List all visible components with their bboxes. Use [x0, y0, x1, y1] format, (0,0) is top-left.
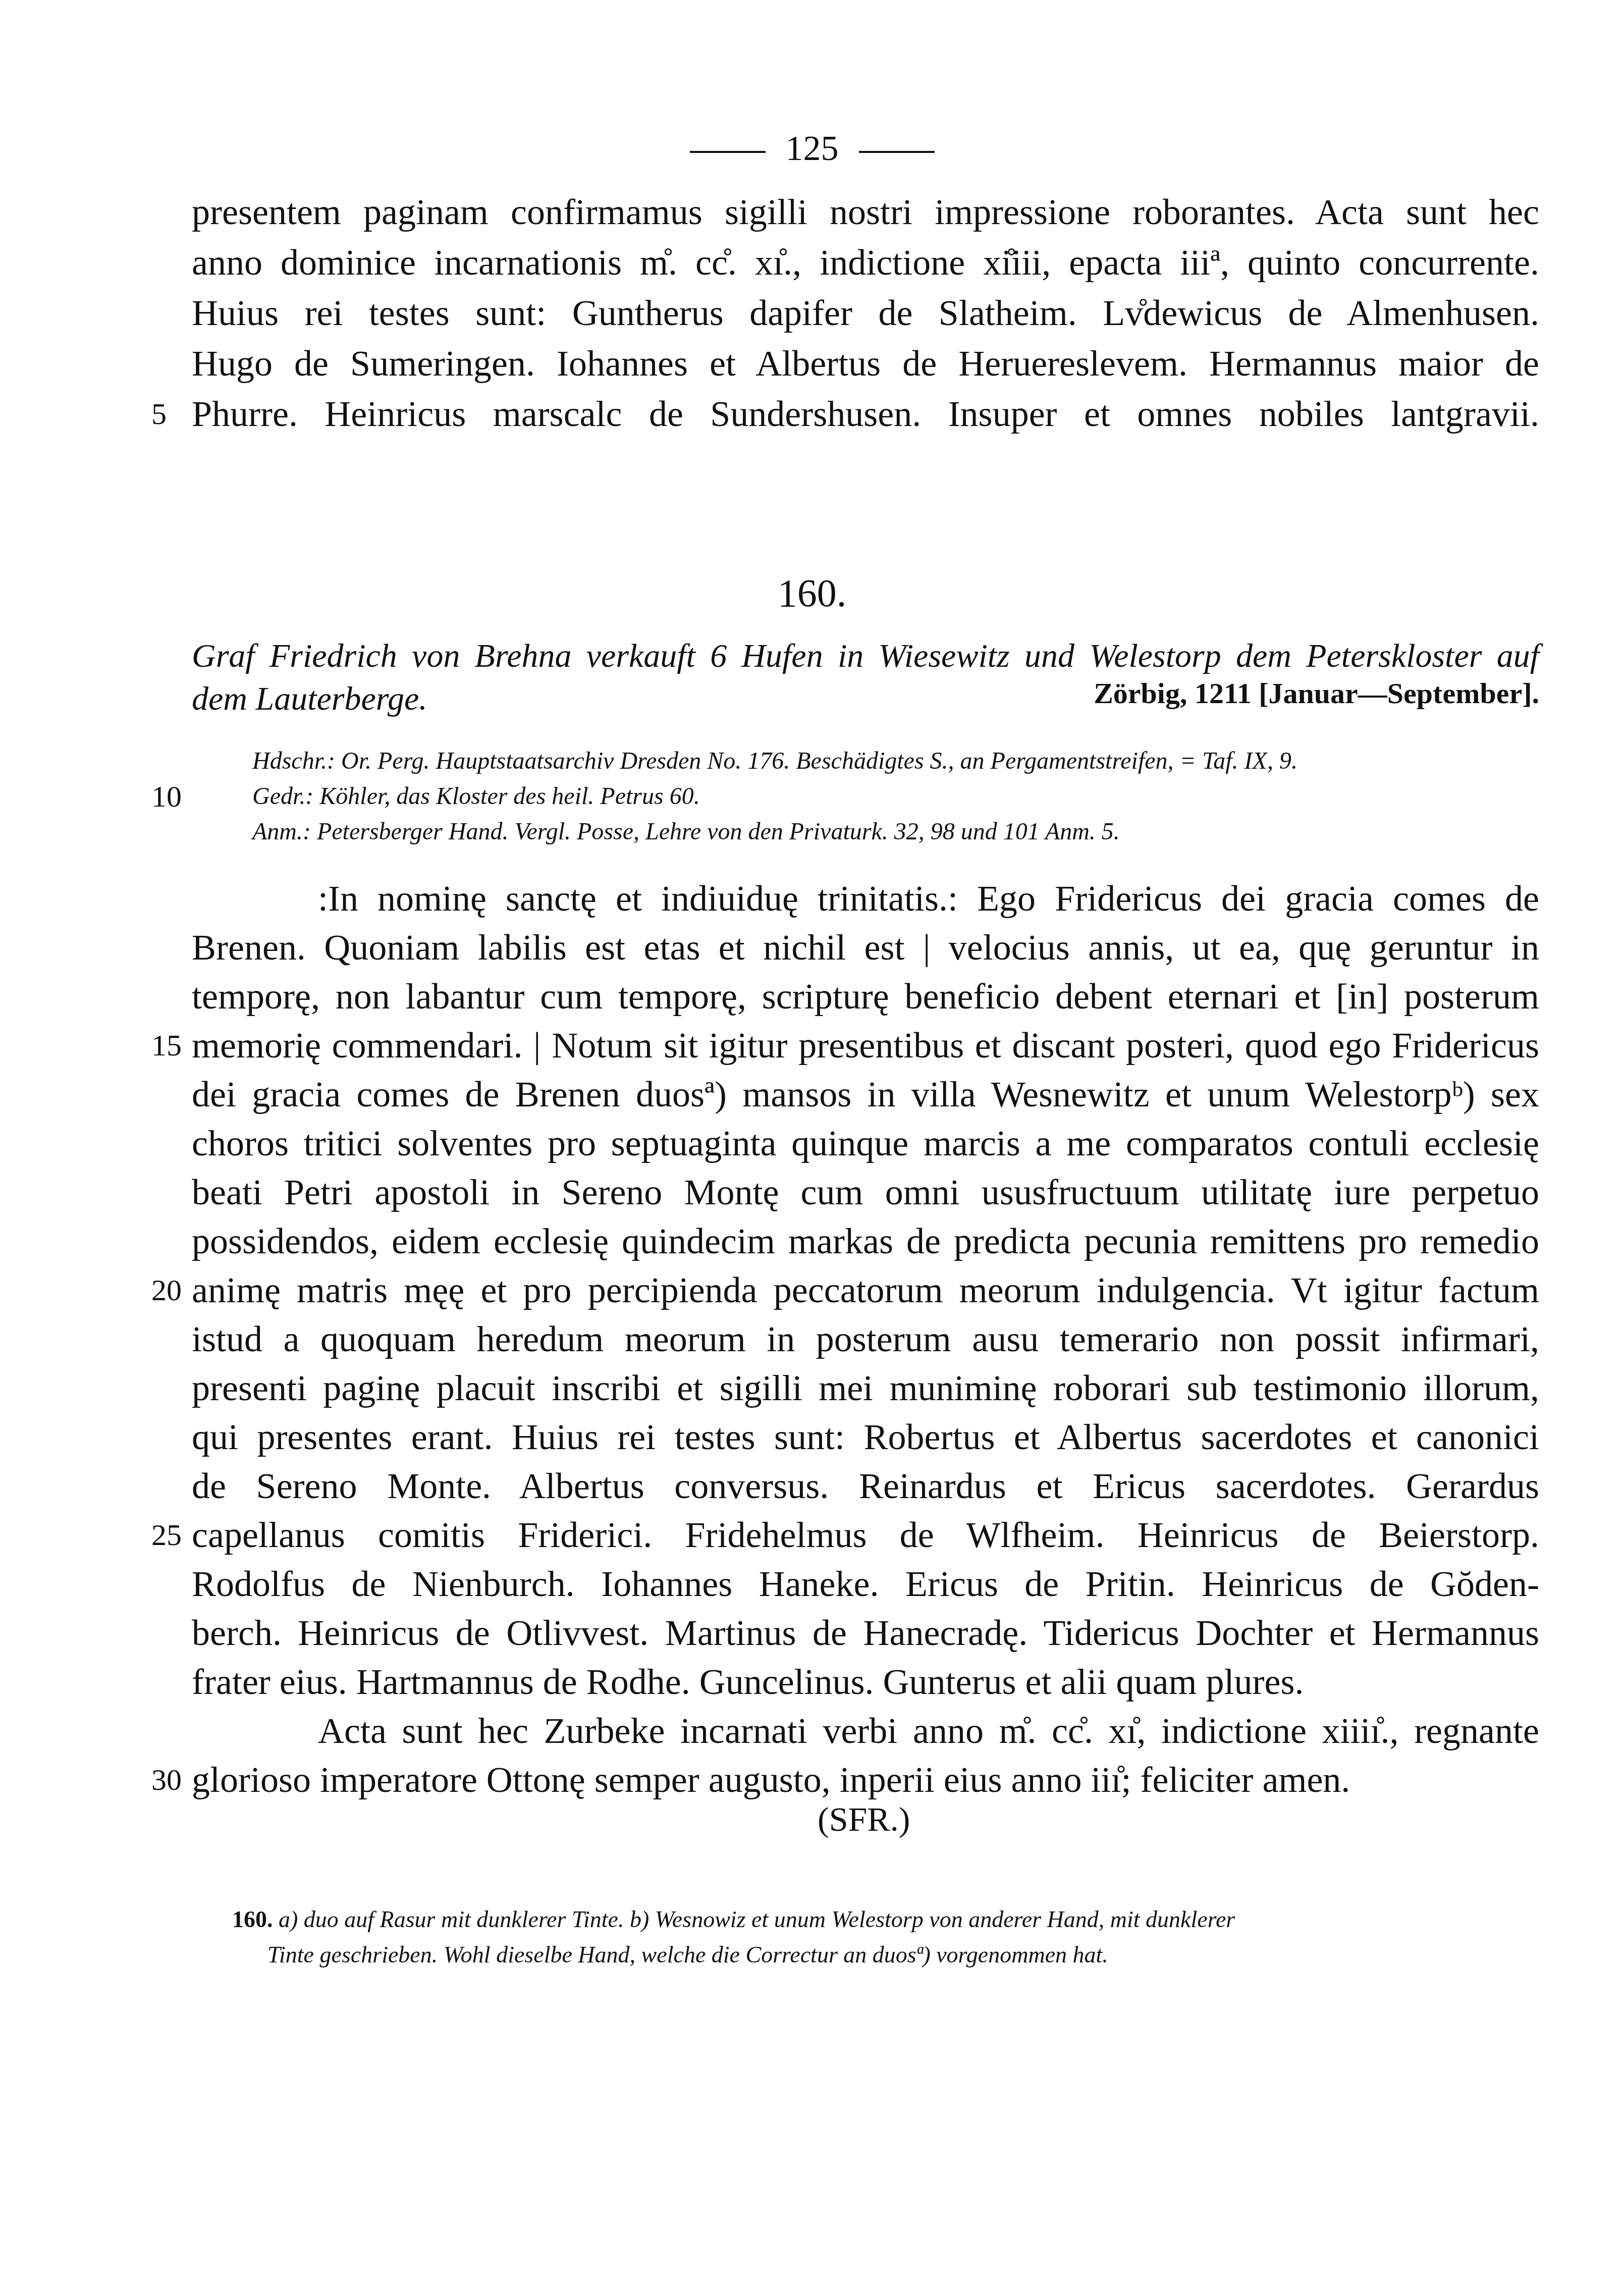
footnote-line: 160. a) duo auf Rasur mit dunklerer Tint…	[232, 1905, 1235, 1934]
text-line: choros tritici solventes pro septuaginta…	[192, 1123, 1539, 1163]
text-line: temporę, non labantur cum temporę, scrip…	[192, 976, 1539, 1017]
apparatus-print: 10Gedr.: Köhler, das Kloster des heil. P…	[252, 782, 700, 811]
text-line: 5Phurre. Heinricus marscalc de Sundershu…	[192, 394, 1539, 434]
text-line: 20animę matris męę et pro percipienda pe…	[192, 1270, 1539, 1310]
line-number: 10	[151, 782, 182, 811]
text-line: beati Petri apostoli in Sereno Montę cum…	[192, 1172, 1539, 1212]
place-date: Zörbig, 1211 [Januar—September].	[1094, 676, 1539, 710]
text-line: presenti paginę placuit inscribi et sigi…	[192, 1368, 1539, 1408]
page-number: 125	[786, 129, 839, 168]
text-line: qui presentes erant. Huius rei testes su…	[192, 1417, 1539, 1457]
text-line: 25capellanus comitis Friderici. Fridehel…	[192, 1515, 1539, 1555]
text-line: de Sereno Monte. Albertus conversus. Rei…	[192, 1466, 1539, 1506]
text-line: frater eius. Hartmannus de Rodhe. Guncel…	[192, 1662, 1539, 1702]
text-line: dei gracia comes de Brenen duosª) mansos…	[192, 1074, 1539, 1114]
line-number: 30	[151, 1760, 182, 1800]
text-line: presentem paginam confirmamus sigilli no…	[192, 192, 1539, 232]
header-rule-right	[859, 151, 935, 153]
text-line: 30glorioso imperatore Ottonę semper augu…	[192, 1760, 1539, 1800]
apparatus-manuscript: Hdschr.: Or. Perg. Hauptstaatsarchiv Dre…	[252, 747, 1297, 775]
apparatus-note: Anm.: Petersberger Hand. Vergl. Posse, L…	[252, 818, 1120, 846]
text-line: 15memorię commendari. | Notum sit igitur…	[192, 1025, 1539, 1066]
text-line: possidendos, eidem ecclesię quindecim ma…	[192, 1221, 1539, 1261]
scribe-mark: (SFR.)	[818, 1799, 910, 1839]
text-line: Huius rei testes sunt: Guntherus dapifer…	[192, 293, 1539, 333]
document-number: 160.	[0, 570, 1624, 616]
line-number: 5	[151, 394, 167, 434]
line-number: 20	[151, 1270, 182, 1310]
text-line: anno dominice incarnationis m̊. cc̊. xı̊…	[192, 242, 1539, 283]
text-line: berch. Heinricus de Otlivvest. Martinus …	[192, 1613, 1539, 1653]
footnote-number: 160.	[232, 1906, 273, 1932]
text-line: :In nominę sanctę et indiuiduę trinitati…	[192, 878, 1539, 919]
line-number: 25	[151, 1515, 182, 1555]
page-header: 125	[0, 129, 1624, 169]
text-line: Acta sunt hec Zurbeke incarnati verbi an…	[192, 1711, 1539, 1751]
text-line: Rodolfus de Nienburch. Iohannes Haneke. …	[192, 1564, 1539, 1604]
text-line: Hugo de Sumeringen. Iohannes et Albertus…	[192, 343, 1539, 384]
footnote-line: Tinte geschrieben. Wohl dieselbe Hand, w…	[267, 1941, 1108, 1969]
header-rule-left	[690, 151, 766, 153]
regest-line: Graf Friedrich von Brehna verkauft 6 Huf…	[192, 636, 1539, 676]
line-number: 15	[151, 1025, 182, 1066]
text-line: Brenen. Quoniam labilis est etas et nich…	[192, 927, 1539, 968]
text-line: istud a quoquam heredum meorum in poster…	[192, 1319, 1539, 1359]
